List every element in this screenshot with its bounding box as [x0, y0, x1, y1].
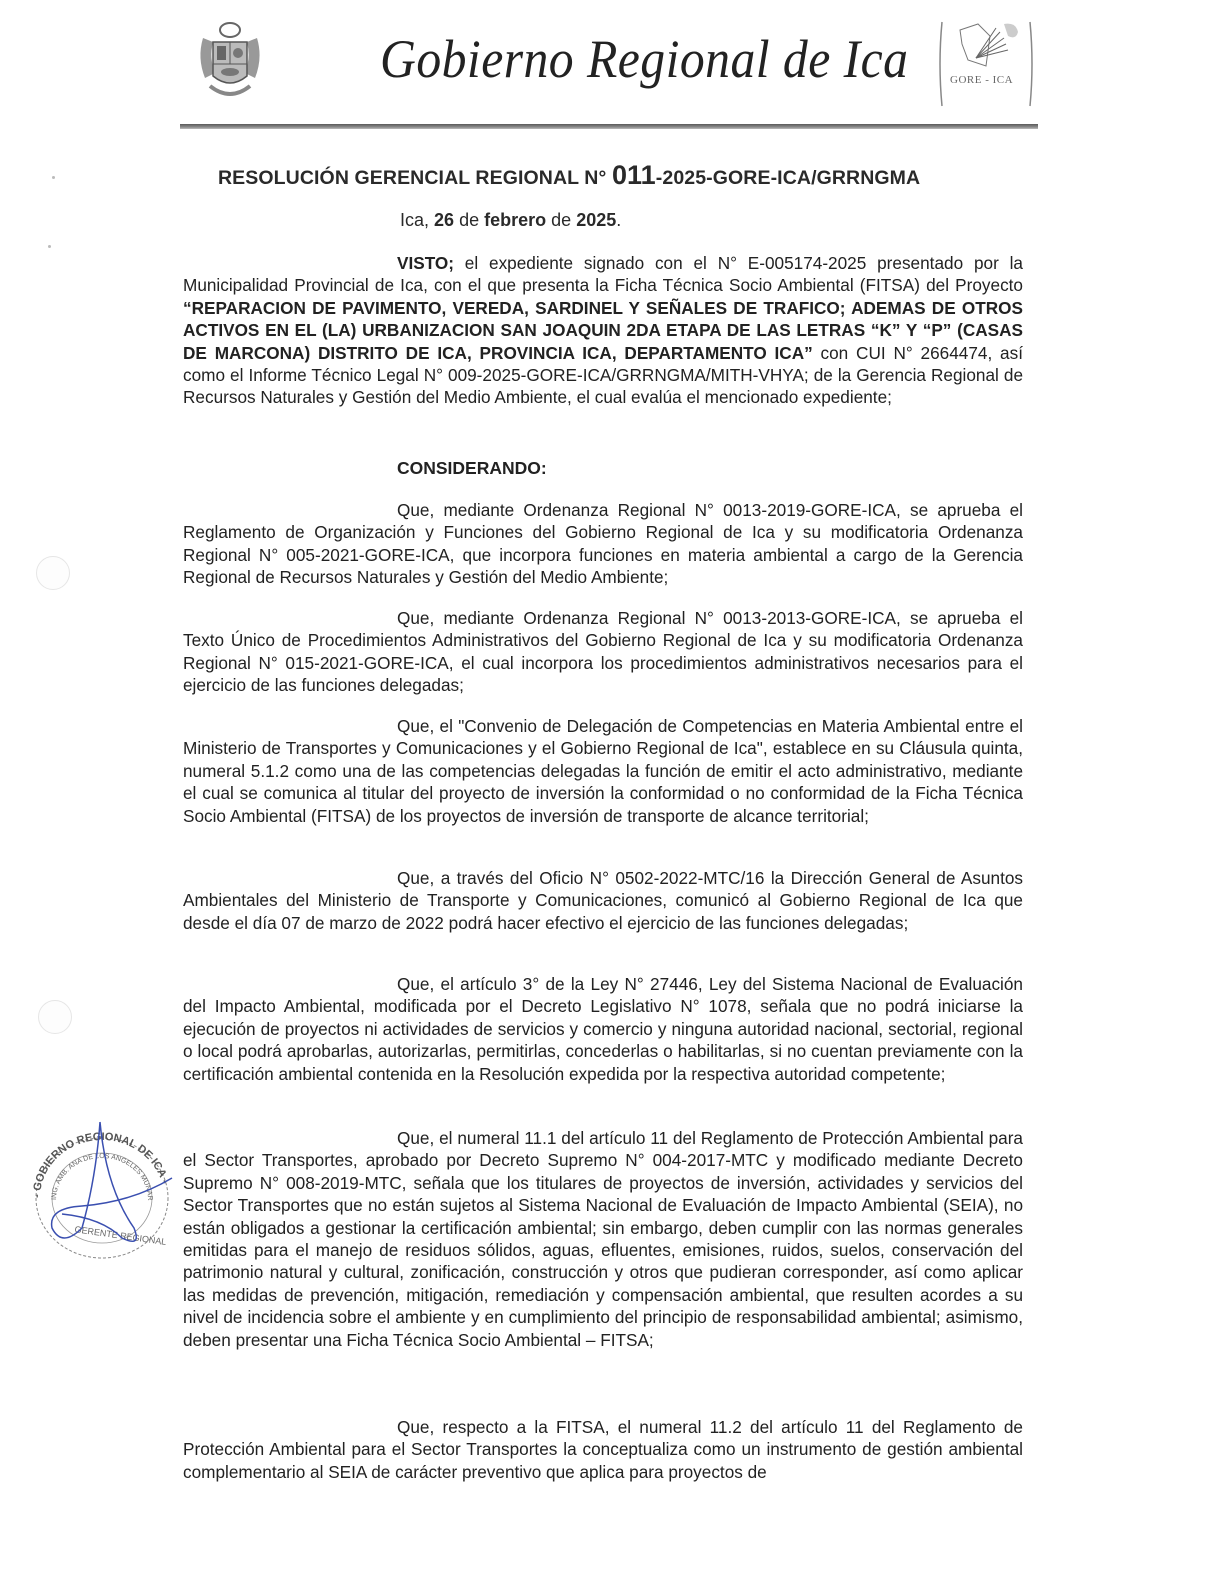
considerando-paragraph: Que, el "Convenio de Delegación de Compe…: [183, 715, 1023, 827]
date-connector: de: [551, 210, 571, 230]
visto-text: el expediente signado con el N° E-005174…: [183, 253, 1023, 295]
resolution-title: RESOLUCIÓN GERENCIAL REGIONAL N° 011-202…: [218, 160, 920, 191]
considerando-paragraph: Que, el numeral 11.1 del artículo 11 del…: [183, 1127, 1023, 1351]
punch-hole: [36, 556, 70, 590]
date-month: febrero: [484, 210, 546, 230]
considerando-paragraph: Que, el artículo 3° de la Ley N° 27446, …: [183, 973, 1023, 1085]
resolution-suffix: -2025-GORE-ICA/GRRNGMA: [656, 167, 920, 189]
resolution-number: 011: [612, 160, 656, 190]
gore-ica-logo-icon: [938, 16, 1034, 112]
paragraph-text: Que, a través del Oficio N° 0502-2022-MT…: [183, 868, 1023, 933]
considerando-heading: CONSIDERANDO:: [397, 458, 547, 479]
date-place: Ica,: [400, 210, 429, 230]
considerando-paragraph: Que, mediante Ordenanza Regional N° 0013…: [183, 499, 1023, 589]
scan-mark: [52, 176, 55, 179]
date-day: 26: [434, 210, 454, 230]
resolution-prefix: RESOLUCIÓN GERENCIAL REGIONAL N°: [218, 167, 606, 189]
visto-paragraph: VISTO; el expediente signado con el N° E…: [183, 252, 1023, 409]
gore-ica-logo-text: GORE - ICA: [950, 74, 1013, 86]
paragraph-text: Que, mediante Ordenanza Regional N° 0013…: [183, 608, 1023, 695]
header-divider: [180, 124, 1038, 129]
paragraph-text: Que, el artículo 3° de la Ley N° 27446, …: [183, 974, 1023, 1084]
paragraph-text: Que, mediante Ordenanza Regional N° 0013…: [183, 500, 1023, 587]
date-year: 2025: [576, 210, 616, 230]
considerando-paragraph: Que, a través del Oficio N° 0502-2022-MT…: [183, 867, 1023, 934]
letterhead: Gobierno Regional de Ica GORE - ICA: [180, 10, 1040, 120]
paragraph-text: Que, el numeral 11.1 del artículo 11 del…: [183, 1128, 1023, 1350]
considerando-paragraph: Que, respecto a la FITSA, el numeral 11.…: [183, 1416, 1023, 1483]
resolution-date: Ica, 26 de febrero de 2025.: [400, 210, 621, 231]
paragraph-text: Que, respecto a la FITSA, el numeral 11.…: [183, 1417, 1023, 1482]
official-stamp-signature-icon: - GOBIERNO REGIONAL DE ICA - ING. AMB. A…: [22, 1118, 182, 1268]
date-connector: de: [459, 210, 479, 230]
scan-mark: [48, 245, 51, 248]
peru-coat-of-arms-icon: [195, 18, 265, 108]
document-page: Gobierno Regional de Ica GORE - ICA RESO…: [0, 0, 1224, 1584]
paragraph-text: Que, el "Convenio de Delegación de Compe…: [183, 716, 1023, 826]
date-end: .: [616, 210, 621, 230]
visto-label: VISTO;: [397, 253, 454, 273]
organization-title: Gobierno Regional de Ica: [380, 28, 908, 90]
punch-hole: [38, 1000, 72, 1034]
considerando-paragraph: Que, mediante Ordenanza Regional N° 0013…: [183, 607, 1023, 697]
